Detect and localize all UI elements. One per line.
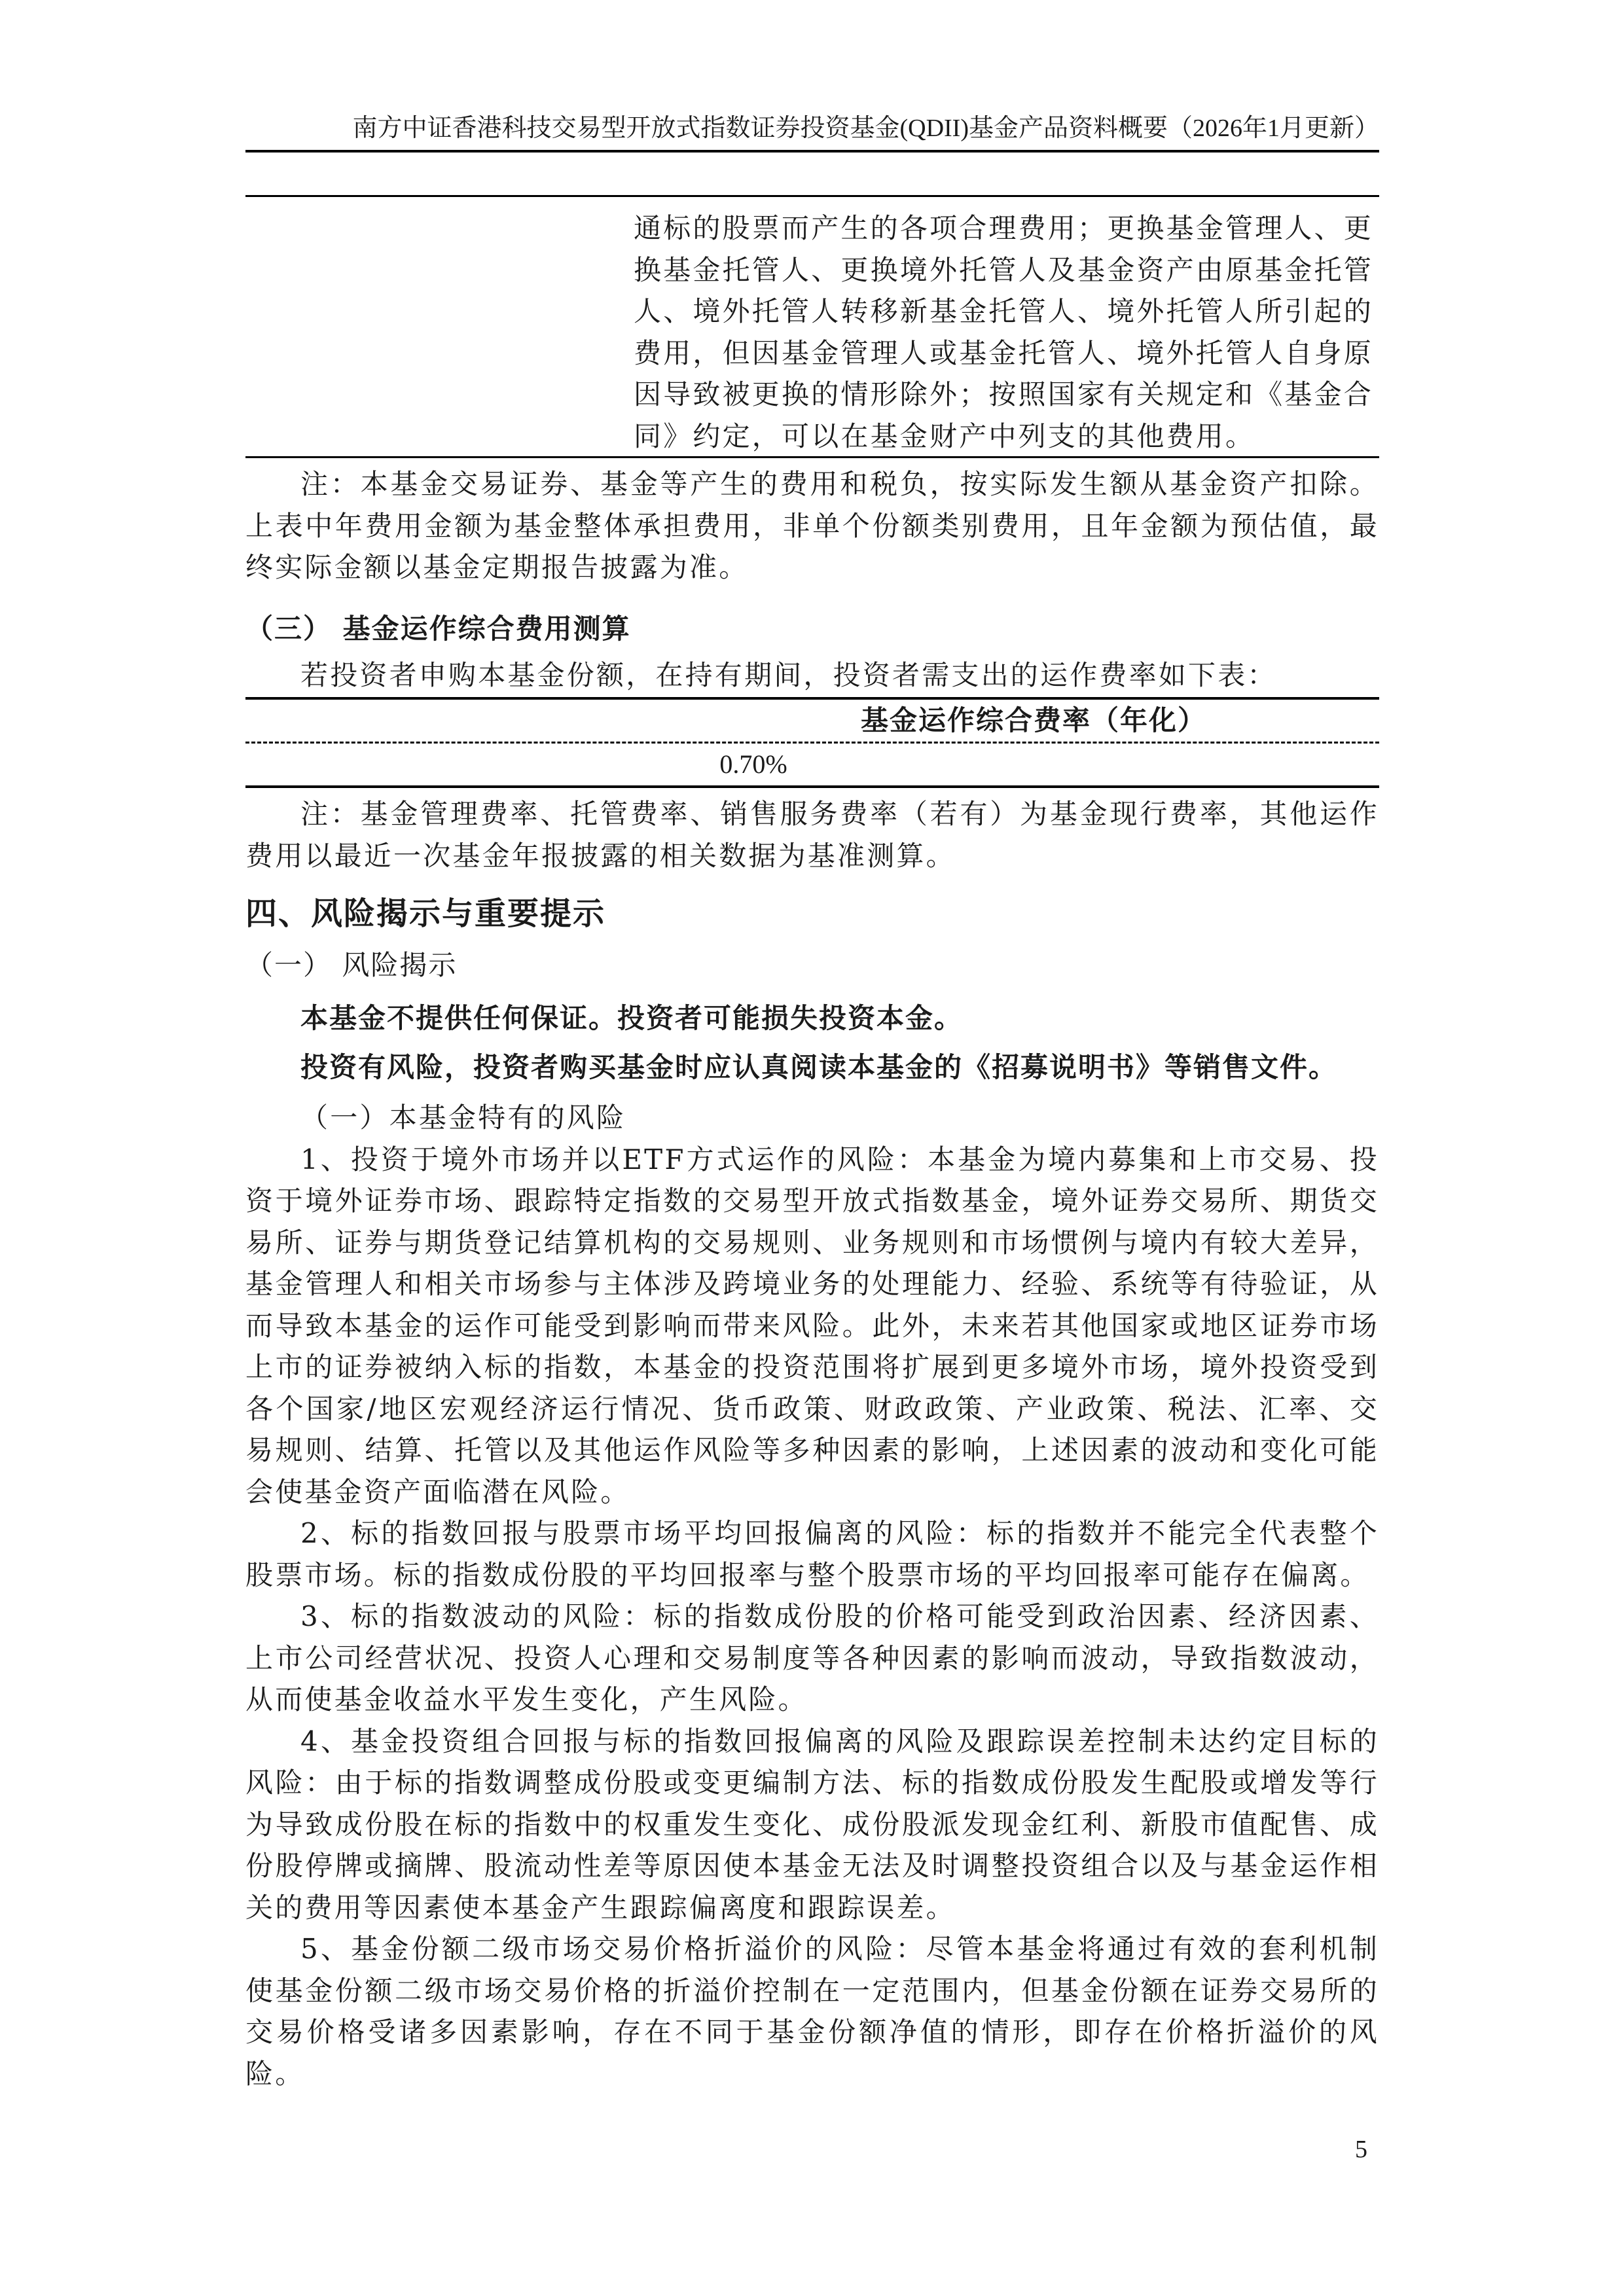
fee-cell-line: 费用，但因基金管理人或基金托管人、境外托管人自身原 xyxy=(634,332,1379,374)
page-content: 通标的股票而产生的各项合理费用；更换基金管理人、更 换基金托管人、更换境外托管人… xyxy=(245,195,1379,2094)
risk-item-4: 4、基金投资组合回报与标的指数回报偏离的风险及跟踪误差控制未达约定目标的风险：由… xyxy=(245,1721,1379,1929)
section3-note: 注：基金管理费率、托管费率、销售服务费率（若有）为基金现行费率，其他运作费用以最… xyxy=(245,793,1379,876)
risk-item-3: 3、标的指数波动的风险：标的指数成份股的价格可能受到政治因素、经济因素、上市公司… xyxy=(245,1596,1379,1721)
fee-cell-line: 通标的股票而产生的各项合理费用；更换基金管理人、更 xyxy=(634,207,1379,249)
page-number: 5 xyxy=(1355,2135,1367,2164)
page-header-title: 南方中证香港科技交易型开放式指数证券投资基金(QDII)基金产品资料概要（202… xyxy=(245,110,1379,147)
read-prospectus-notice: 投资有风险，投资者购买基金时应认真阅读本基金的《招募说明书》等销售文件。 xyxy=(245,1047,1379,1088)
header-rule xyxy=(245,150,1379,152)
risk-disclosure-heading: （一） 风险揭示 xyxy=(245,944,1379,986)
fee-cell-line: 人、境外托管人转移新基金托管人、境外托管人所引起的 xyxy=(634,291,1379,332)
section3-heading: （三） 基金运作综合费用测算 xyxy=(245,608,1379,649)
no-guarantee-notice: 本基金不提供任何保证。投资者可能损失投资本金。 xyxy=(245,997,1379,1039)
fee-cell-line: 换基金托管人、更换境外托管人及基金资产由原基金托管 xyxy=(634,249,1379,291)
fee-table-right-cell: 通标的股票而产生的各项合理费用；更换基金管理人、更 换基金托管人、更换境外托管人… xyxy=(634,207,1379,457)
operating-fee-rate-table: 基金运作综合费率（年化） 0.70% xyxy=(245,697,1379,788)
fee-cell-line: 同》约定，可以在基金财产中列支的其他费用。 xyxy=(634,416,1379,457)
risk-item-5: 5、基金份额二级市场交易价格折溢价的风险：尽管本基金将通过有效的套利机制使基金份… xyxy=(245,1928,1379,2094)
fee-table-continuation-row: 通标的股票而产生的各项合理费用；更换基金管理人、更 换基金托管人、更换境外托管人… xyxy=(245,195,1379,458)
section4-heading: 四、风险揭示与重要提示 xyxy=(245,891,1379,937)
specific-risks-heading: （一）本基金特有的风险 xyxy=(245,1097,1379,1139)
table-value-cell: 0.70% xyxy=(245,744,1379,788)
risk-item-1: 1、投资于境外市场并以ETF方式运作的风险：本基金为境内募集和上市交易、投资于境… xyxy=(245,1139,1379,1513)
fee-cell-line: 因导致被更换的情形除外；按照国家有关规定和《基金合 xyxy=(634,374,1379,416)
fee-note: 注：本基金交易证券、基金等产生的费用和税负，按实际发生额从基金资产扣除。上表中年… xyxy=(245,463,1379,588)
section3-intro: 若投资者申购本基金份额，在持有期间，投资者需支出的运作费率如下表： xyxy=(245,655,1379,696)
risk-item-2: 2、标的指数回报与股票市场平均回报偏离的风险：标的指数并不能完全代表整个股票市场… xyxy=(245,1513,1379,1596)
table-header-cell: 基金运作综合费率（年化） xyxy=(245,700,1379,744)
